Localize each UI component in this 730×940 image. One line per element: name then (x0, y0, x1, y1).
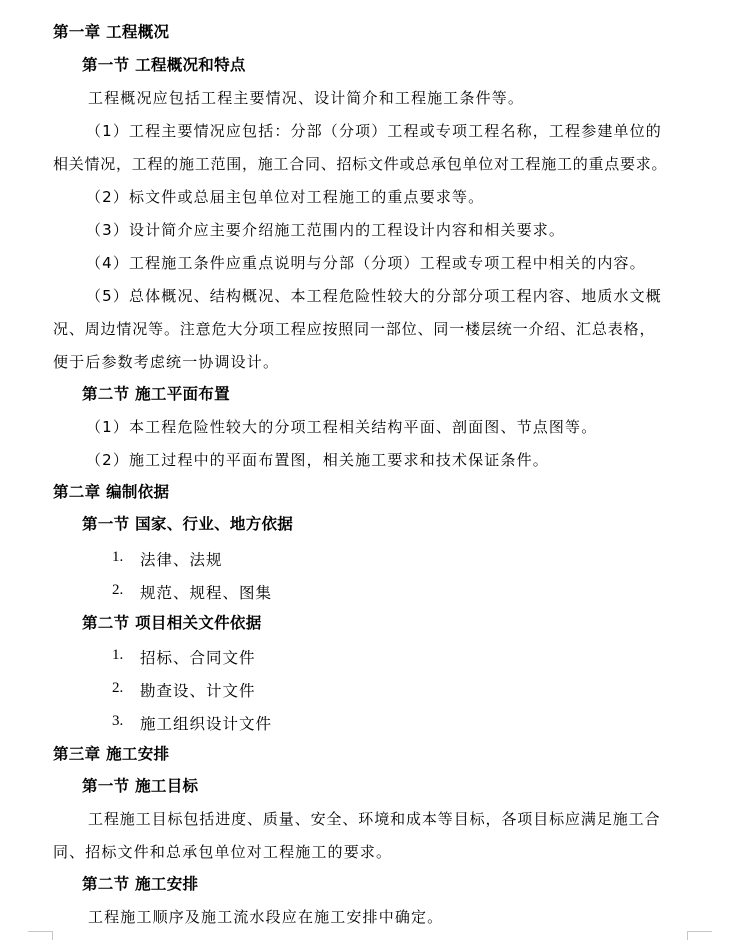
paragraph: 相关情况，工程的施工范围，施工合同、招标文件或总承包单位对工程施工的重点要求。 (53, 155, 667, 173)
paragraph: 况、周边情况等。注意危大分项工程应按照同一部位、同一楼层统一介绍、汇总表格， (53, 320, 655, 338)
section-heading-2-1: 第一节 国家、行业、地方依据 (82, 515, 293, 533)
list-text: 勘查设、计文件 (140, 679, 256, 701)
document-page: 第一章 工程概况 第一节 工程概况和特点 工程概况应包括工程主要情况、设计简介和… (0, 0, 730, 940)
paragraph: 便于后参数考虑统一协调设计。 (53, 353, 279, 371)
list-number: 1. (112, 549, 123, 566)
chapter-heading-2: 第二章 编制依据 (53, 483, 169, 501)
section-heading-3-2: 第二节 施工安排 (82, 875, 198, 893)
paragraph: 工程施工目标包括进度、质量、安全、环境和成本等目标，各项目标应满足施工合 (88, 810, 660, 828)
paragraph: （2）标文件或总届主包单位对工程施工的重点要求等。 (86, 188, 484, 206)
page-corner-mark-right (687, 931, 712, 940)
paragraph: （1）工程主要情况应包括：分部（分项）工程或专项工程名称，工程参建单位的 (86, 122, 662, 140)
section-heading-3-1: 第一节 施工目标 (82, 777, 198, 795)
list-text: 规范、规程、图集 (140, 581, 272, 603)
list-number: 3. (112, 713, 123, 730)
paragraph: 同、招标文件和总承包单位对工程施工的要求。 (53, 843, 392, 861)
page-corner-mark-left (28, 931, 53, 940)
chapter-heading-1: 第一章 工程概况 (53, 23, 169, 41)
list-text: 施工组织设计文件 (140, 712, 272, 734)
paragraph: （3）设计简介应主要介绍施工范围内的工程设计内容和相关要求。 (86, 221, 565, 239)
section-heading-1-1: 第一节 工程概况和特点 (82, 56, 246, 74)
list-number: 2. (112, 680, 123, 697)
paragraph: 工程概况应包括工程主要情况、设计简介和工程施工条件等。 (88, 89, 524, 107)
section-heading-1-2: 第二节 施工平面布置 (82, 385, 230, 403)
paragraph: （2）施工过程中的平面布置图，相关施工要求和技术保证条件。 (86, 451, 549, 469)
section-heading-2-2: 第二节 项目相关文件依据 (82, 614, 262, 632)
list-text: 法律、法规 (140, 548, 223, 570)
paragraph: （1）本工程危险性较大的分项工程相关结构平面、剖面图、节点图等。 (86, 418, 597, 436)
chapter-heading-3: 第三章 施工安排 (53, 745, 169, 763)
list-number: 2. (112, 582, 123, 599)
paragraph: （4）工程施工条件应重点说明与分部（分项）工程或专项工程中相关的内容。 (86, 254, 646, 272)
list-number: 1. (112, 647, 123, 664)
paragraph: （5）总体概况、结构概况、本工程危险性较大的分部分项工程内容、地质水文概 (86, 287, 662, 305)
list-text: 招标、合同文件 (140, 646, 256, 668)
paragraph: 工程施工顺序及施工流水段应在施工安排中确定。 (88, 908, 443, 926)
